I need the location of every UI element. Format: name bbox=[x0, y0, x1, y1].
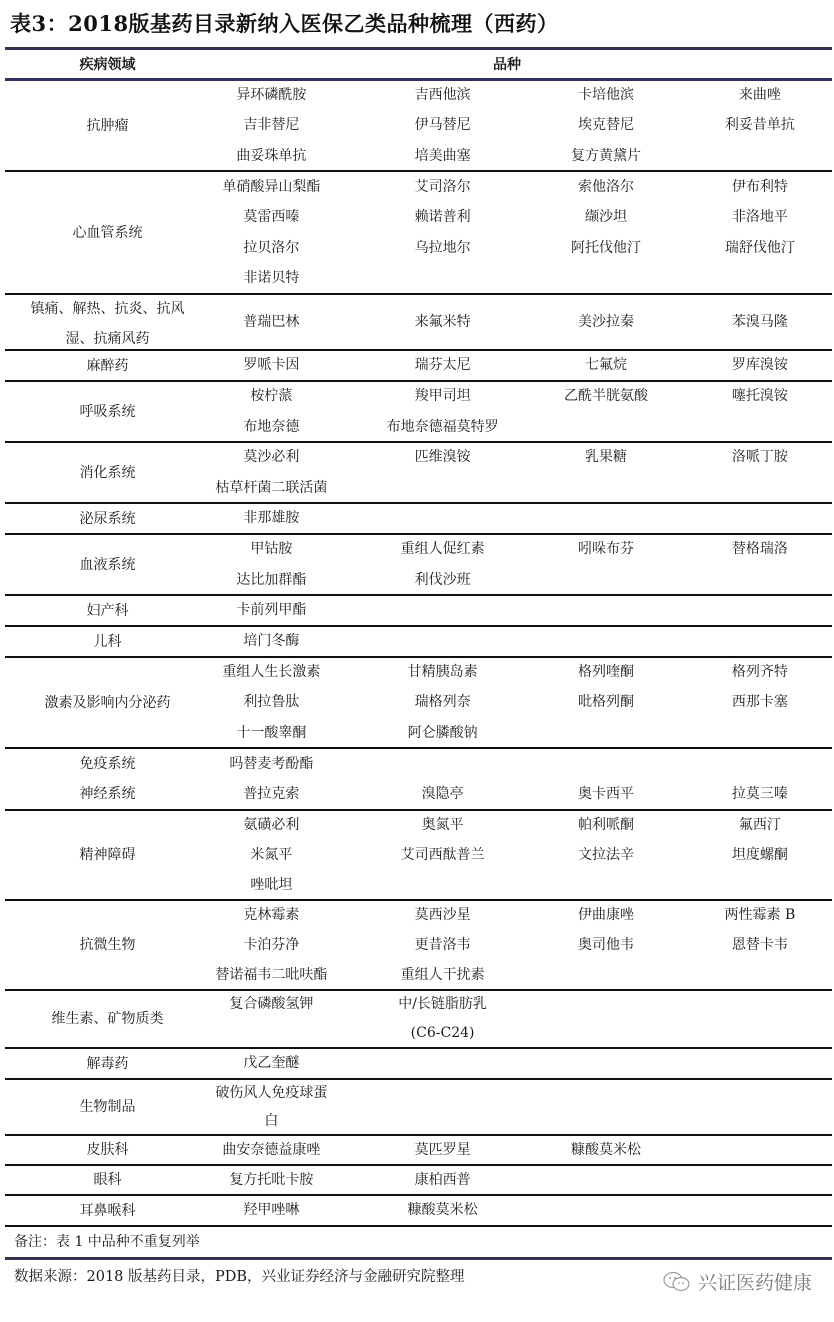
variety-cell bbox=[361, 870, 524, 900]
table-row: 解毒药戊乙奎醚 bbox=[5, 1048, 832, 1079]
variety-cell: 拉莫三嗪 bbox=[688, 779, 832, 810]
variety-cell bbox=[524, 626, 687, 657]
varieties-grid: 莫沙必利匹维溴铵乳果糖洛哌丁胺枯草杆菌二联活菌 bbox=[182, 442, 832, 503]
variety-cell: 苯溴马隆 bbox=[688, 307, 832, 338]
variety-cell bbox=[688, 960, 832, 990]
variety-cell bbox=[361, 1048, 524, 1079]
variety-cell: 重组人生长激素 bbox=[182, 657, 361, 687]
variety-cell: 艾司洛尔 bbox=[361, 172, 524, 203]
varieties-grid: 氨磺必利奥氮平帕利哌酮氟西汀米氮平艾司西酞普兰文拉法辛坦度螺酮唑吡坦 bbox=[182, 810, 832, 900]
varieties-grid: 戊乙奎醚 bbox=[182, 1048, 832, 1079]
variety-cell bbox=[361, 1107, 524, 1135]
variety-cell: 罗哌卡因 bbox=[182, 350, 361, 381]
variety-cell: 伊曲康唑 bbox=[524, 900, 687, 930]
header-varieties: 品种 bbox=[182, 52, 832, 78]
variety-cell: 溴隐亭 bbox=[361, 779, 524, 810]
table-row: 精神障碍氨磺必利奥氮平帕利哌酮氟西汀米氮平艾司西酞普兰文拉法辛坦度螺酮唑吡坦 bbox=[5, 810, 832, 900]
variety-cell: 缬沙坦 bbox=[524, 202, 687, 233]
variety-cell bbox=[524, 870, 687, 900]
variety-cell: 曲妥珠单抗 bbox=[182, 141, 361, 171]
variety-cell bbox=[524, 1107, 687, 1135]
variety-cell bbox=[361, 595, 524, 626]
variety-cell: 克林霉素 bbox=[182, 900, 361, 930]
variety-cell bbox=[524, 1195, 687, 1226]
variety-cell: 唑吡坦 bbox=[182, 870, 361, 900]
variety-cell bbox=[524, 473, 687, 504]
table-row: 镇痛、解热、抗炎、抗风湿、抗痛风药普瑞巴林来氟米特美沙拉秦苯溴马隆 bbox=[5, 294, 832, 350]
variety-cell: 奥卡西平 bbox=[524, 779, 687, 810]
variety-cell bbox=[688, 1107, 832, 1135]
variety-cell: 艾司西酞普兰 bbox=[361, 840, 524, 870]
variety-cell: 中/长链脂肪乳 bbox=[361, 990, 524, 1019]
varieties-grid: 重组人生长激素甘精胰岛素格列喹酮格列齐特利拉鲁肽瑞格列奈吡格列酮西那卡塞十一酸睾… bbox=[182, 657, 832, 748]
variety-cell: 伊马替尼 bbox=[361, 110, 524, 140]
variety-cell bbox=[361, 503, 524, 534]
category-label: 呼吸系统 bbox=[80, 397, 136, 427]
data-source: 数据来源：2018 版基药目录，PDB，兴业证券经济与金融研究院整理 bbox=[14, 1265, 465, 1286]
variety-cell bbox=[524, 1079, 687, 1107]
variety-cell: 拉贝洛尔 bbox=[182, 233, 361, 264]
variety-cell: 噻托溴铵 bbox=[688, 381, 832, 412]
variety-cell: 埃克替尼 bbox=[524, 110, 687, 140]
variety-cell: 坦度螺酮 bbox=[688, 840, 832, 870]
category-cell: 抗肿瘤 bbox=[5, 80, 210, 171]
variety-cell: 普拉克索 bbox=[182, 779, 361, 810]
variety-cell bbox=[688, 263, 832, 294]
variety-cell: 赖诺普利 bbox=[361, 202, 524, 233]
variety-cell: 奥司他韦 bbox=[524, 930, 687, 960]
category-label: 消化系统 bbox=[80, 458, 136, 488]
variety-cell bbox=[524, 749, 687, 780]
category-label: 儿科 bbox=[94, 627, 122, 657]
variety-cell: 布地奈德 bbox=[182, 412, 361, 443]
variety-cell: 两性霉素 B bbox=[688, 900, 832, 930]
variety-cell bbox=[524, 595, 687, 626]
variety-cell: 甲钴胺 bbox=[182, 534, 361, 565]
variety-cell: 布地奈德福莫特罗 bbox=[361, 412, 524, 443]
variety-cell bbox=[524, 990, 687, 1019]
watermark: 兴证医药健康 bbox=[662, 1268, 812, 1295]
table-row: 消化系统莫沙必利匹维溴铵乳果糖洛哌丁胺枯草杆菌二联活菌 bbox=[5, 442, 832, 503]
variety-cell bbox=[524, 1019, 687, 1048]
variety-cell: 非诺贝特 bbox=[182, 263, 361, 294]
variety-cell bbox=[688, 1048, 832, 1079]
variety-cell bbox=[688, 473, 832, 504]
varieties-grid: 克林霉素莫西沙星伊曲康唑两性霉素 B卡泊芬净更昔洛韦奥司他韦恩替卡韦替诺福韦二吡… bbox=[182, 900, 832, 990]
variety-cell bbox=[688, 990, 832, 1019]
variety-cell bbox=[688, 870, 832, 900]
variety-cell bbox=[688, 1165, 832, 1195]
variety-cell: 卡泊芬净 bbox=[182, 930, 361, 960]
variety-cell: 枯草杆菌二联活菌 bbox=[182, 473, 361, 504]
variety-cell: 吉西他滨 bbox=[361, 80, 524, 110]
variety-cell bbox=[688, 1195, 832, 1226]
variety-cell: 桉柠蒎 bbox=[182, 381, 361, 412]
variety-cell bbox=[688, 1135, 832, 1165]
category-label-line: 免疫系统 bbox=[80, 749, 136, 779]
variety-cell bbox=[361, 749, 524, 780]
category-label: 抗微生物 bbox=[80, 930, 136, 960]
variety-cell: 康柏西普 bbox=[361, 1165, 524, 1195]
category-cell: 呼吸系统 bbox=[5, 381, 210, 442]
variety-cell bbox=[688, 565, 832, 596]
varieties-grid: 培门冬酶 bbox=[182, 626, 832, 657]
table-row: 维生素、矿物质类复合磷酸氢钾中/长链脂肪乳(C6-C24) bbox=[5, 990, 832, 1048]
category-label-line: 神经系统 bbox=[80, 779, 136, 809]
varieties-grid: 复合磷酸氢钾中/长链脂肪乳(C6-C24) bbox=[182, 990, 832, 1048]
variety-cell: 吉非替尼 bbox=[182, 110, 361, 140]
category-label: 激素及影响内分泌药 bbox=[45, 688, 171, 718]
variety-cell bbox=[524, 960, 687, 990]
category-cell: 皮肤科 bbox=[5, 1135, 210, 1165]
variety-cell bbox=[361, 626, 524, 657]
variety-cell: 羧甲司坦 bbox=[361, 381, 524, 412]
category-cell: 眼科 bbox=[5, 1165, 210, 1195]
category-cell: 生物制品 bbox=[5, 1079, 210, 1135]
variety-cell: 莫沙必利 bbox=[182, 442, 361, 473]
category-label: 麻醉药 bbox=[87, 351, 129, 381]
variety-cell: 达比加群酯 bbox=[182, 565, 361, 596]
variety-cell: 西那卡塞 bbox=[688, 687, 832, 717]
category-label: 皮肤科 bbox=[87, 1135, 129, 1165]
variety-cell: 重组人干扰素 bbox=[361, 960, 524, 990]
table-row: 呼吸系统桉柠蒎羧甲司坦乙酰半胱氨酸噻托溴铵布地奈德布地奈德福莫特罗 bbox=[5, 381, 832, 442]
table-row: 免疫系统神经系统吗替麦考酚酯普拉克索溴隐亭奥卡西平拉莫三嗪 bbox=[5, 748, 832, 810]
category-cell: 妇产科 bbox=[5, 595, 210, 626]
category-label: 泌尿系统 bbox=[80, 504, 136, 534]
variety-cell: 糠酸莫米松 bbox=[361, 1195, 524, 1226]
variety-cell: 莫匹罗星 bbox=[361, 1135, 524, 1165]
varieties-grid: 普瑞巴林来氟米特美沙拉秦苯溴马隆 bbox=[182, 307, 832, 338]
variety-cell: 乌拉地尔 bbox=[361, 233, 524, 264]
variety-cell bbox=[688, 595, 832, 626]
variety-cell: 氟西汀 bbox=[688, 810, 832, 840]
wechat-icon bbox=[662, 1270, 692, 1294]
varieties-grid: 甲钴胺重组人促红素吲哚布芬替格瑞洛达比加群酯利伐沙班 bbox=[182, 534, 832, 595]
category-cell: 抗微生物 bbox=[5, 900, 210, 990]
category-label: 抗肿瘤 bbox=[87, 111, 129, 141]
variety-cell: 普瑞巴林 bbox=[182, 307, 361, 338]
variety-cell bbox=[361, 263, 524, 294]
variety-cell: 奥氮平 bbox=[361, 810, 524, 840]
row-divider bbox=[5, 1225, 832, 1227]
category-label: 血液系统 bbox=[80, 550, 136, 580]
category-cell: 心血管系统 bbox=[5, 171, 210, 294]
header-category: 疾病领域 bbox=[5, 52, 210, 78]
category-label: 解毒药 bbox=[87, 1049, 129, 1079]
variety-cell: 吲哚布芬 bbox=[524, 534, 687, 565]
variety-cell: 莫西沙星 bbox=[361, 900, 524, 930]
footer-rule bbox=[5, 1257, 832, 1260]
variety-cell bbox=[688, 626, 832, 657]
variety-cell bbox=[524, 503, 687, 534]
variety-cell: 格列喹酮 bbox=[524, 657, 687, 687]
variety-cell: 阿托伐他汀 bbox=[524, 233, 687, 264]
variety-cell: 甘精胰岛素 bbox=[361, 657, 524, 687]
variety-cell: 瑞芬太尼 bbox=[361, 350, 524, 381]
category-cell: 耳鼻喉科 bbox=[5, 1195, 210, 1226]
variety-cell: 替格瑞洛 bbox=[688, 534, 832, 565]
variety-cell: 替诺福韦二吡呋酯 bbox=[182, 960, 361, 990]
variety-cell: 复方黄黛片 bbox=[524, 141, 687, 171]
varieties-grid: 复方托吡卡胺康柏西普 bbox=[182, 1165, 832, 1195]
category-label: 耳鼻喉科 bbox=[80, 1196, 136, 1226]
variety-cell bbox=[688, 1019, 832, 1048]
variety-cell: 糠酸莫米松 bbox=[524, 1135, 687, 1165]
table-row: 麻醉药罗哌卡因瑞芬太尼七氟烷罗库溴铵 bbox=[5, 350, 832, 381]
variety-cell bbox=[361, 1079, 524, 1107]
table-row: 泌尿系统非那雄胺 bbox=[5, 503, 832, 534]
header-top-rule bbox=[5, 47, 832, 50]
table-row: 皮肤科曲安奈德益康唑莫匹罗星糠酸莫米松 bbox=[5, 1135, 832, 1165]
category-cell: 维生素、矿物质类 bbox=[5, 990, 210, 1048]
category-cell: 激素及影响内分泌药 bbox=[5, 657, 210, 748]
category-cell: 血液系统 bbox=[5, 534, 210, 595]
variety-cell: 重组人促红素 bbox=[361, 534, 524, 565]
variety-cell: 恩替卡韦 bbox=[688, 930, 832, 960]
variety-cell: 吗替麦考酚酯 bbox=[182, 749, 361, 780]
variety-cell: 破伤风人免疫球蛋 bbox=[182, 1079, 361, 1107]
table-row: 眼科复方托吡卡胺康柏西普 bbox=[5, 1165, 832, 1195]
table-row: 抗微生物克林霉素莫西沙星伊曲康唑两性霉素 B卡泊芬净更昔洛韦奥司他韦恩替卡韦替诺… bbox=[5, 900, 832, 990]
varieties-grid: 羟甲唑啉糠酸莫米松 bbox=[182, 1195, 832, 1226]
category-cell: 免疫系统神经系统 bbox=[5, 748, 210, 810]
variety-cell: 文拉法辛 bbox=[524, 840, 687, 870]
variety-cell: 羟甲唑啉 bbox=[182, 1195, 361, 1226]
varieties-grid: 破伤风人免疫球蛋白 bbox=[182, 1079, 832, 1135]
variety-cell: 更昔洛韦 bbox=[361, 930, 524, 960]
variety-cell: 格列齐特 bbox=[688, 657, 832, 687]
table-row: 生物制品破伤风人免疫球蛋白 bbox=[5, 1079, 832, 1135]
category-cell: 镇痛、解热、抗炎、抗风湿、抗痛风药 bbox=[5, 294, 210, 350]
variety-cell: 罗库溴铵 bbox=[688, 350, 832, 381]
variety-cell: 吡格列酮 bbox=[524, 687, 687, 717]
variety-cell bbox=[688, 503, 832, 534]
variety-cell bbox=[688, 1079, 832, 1107]
variety-cell bbox=[688, 718, 832, 748]
category-cell: 精神障碍 bbox=[5, 810, 210, 900]
variety-cell: 乳果糖 bbox=[524, 442, 687, 473]
variety-cell: 米氮平 bbox=[182, 840, 361, 870]
table-row: 抗肿瘤异环磷酰胺吉西他滨卡培他滨来曲唑吉非替尼伊马替尼埃克替尼利妥昔单抗曲妥珠单… bbox=[5, 80, 832, 171]
variety-cell: 单硝酸异山梨酯 bbox=[182, 172, 361, 203]
varieties-grid: 单硝酸异山梨酯艾司洛尔索他洛尔伊布利特莫雷西嗪赖诺普利缬沙坦非洛地平拉贝洛尔乌拉… bbox=[182, 172, 832, 294]
variety-cell: 白 bbox=[182, 1107, 361, 1135]
variety-cell bbox=[182, 1019, 361, 1048]
variety-cell: 瑞舒伐他汀 bbox=[688, 233, 832, 264]
table-note: 备注：表 1 中品种不重复列举 bbox=[14, 1231, 200, 1251]
variety-cell: (C6-C24) bbox=[361, 1019, 524, 1048]
table-row: 妇产科卡前列甲酯 bbox=[5, 595, 832, 626]
category-label-line: 镇痛、解热、抗炎、抗风 bbox=[31, 294, 185, 324]
variety-cell: 戊乙奎醚 bbox=[182, 1048, 361, 1079]
variety-cell: 曲安奈德益康唑 bbox=[182, 1135, 361, 1165]
variety-cell: 乙酰半胱氨酸 bbox=[524, 381, 687, 412]
variety-cell: 索他洛尔 bbox=[524, 172, 687, 203]
variety-cell bbox=[524, 263, 687, 294]
varieties-grid: 曲安奈德益康唑莫匹罗星糠酸莫米松 bbox=[182, 1135, 832, 1165]
variety-cell bbox=[361, 473, 524, 504]
varieties-grid: 异环磷酰胺吉西他滨卡培他滨来曲唑吉非替尼伊马替尼埃克替尼利妥昔单抗曲妥珠单抗培美… bbox=[182, 80, 832, 171]
variety-cell: 匹维溴铵 bbox=[361, 442, 524, 473]
category-label: 妇产科 bbox=[87, 596, 129, 626]
variety-cell: 复合磷酸氢钾 bbox=[182, 990, 361, 1019]
variety-cell: 复方托吡卡胺 bbox=[182, 1165, 361, 1195]
variety-cell bbox=[688, 749, 832, 780]
variety-cell: 七氟烷 bbox=[524, 350, 687, 381]
variety-cell: 十一酸睾酮 bbox=[182, 718, 361, 748]
varieties-grid: 桉柠蒎羧甲司坦乙酰半胱氨酸噻托溴铵布地奈德布地奈德福莫特罗 bbox=[182, 381, 832, 442]
variety-cell bbox=[688, 412, 832, 443]
variety-cell bbox=[688, 141, 832, 171]
variety-cell bbox=[524, 1048, 687, 1079]
variety-cell: 培门冬酶 bbox=[182, 626, 361, 657]
varieties-grid: 罗哌卡因瑞芬太尼七氟烷罗库溴铵 bbox=[182, 350, 832, 381]
table-row: 血液系统甲钴胺重组人促红素吲哚布芬替格瑞洛达比加群酯利伐沙班 bbox=[5, 534, 832, 595]
variety-cell: 阿仑膦酸钠 bbox=[361, 718, 524, 748]
variety-cell: 美沙拉秦 bbox=[524, 307, 687, 338]
category-label: 心血管系统 bbox=[73, 218, 143, 248]
variety-cell bbox=[524, 718, 687, 748]
table-row: 耳鼻喉科羟甲唑啉糠酸莫米松 bbox=[5, 1195, 832, 1226]
variety-cell: 利妥昔单抗 bbox=[688, 110, 832, 140]
category-label: 精神障碍 bbox=[80, 840, 136, 870]
variety-cell: 培美曲塞 bbox=[361, 141, 524, 171]
variety-cell: 洛哌丁胺 bbox=[688, 442, 832, 473]
category-cell: 消化系统 bbox=[5, 442, 210, 503]
varieties-grid: 非那雄胺 bbox=[182, 503, 832, 534]
variety-cell: 利拉鲁肽 bbox=[182, 687, 361, 717]
table-row: 心血管系统单硝酸异山梨酯艾司洛尔索他洛尔伊布利特莫雷西嗪赖诺普利缬沙坦非洛地平拉… bbox=[5, 171, 832, 294]
variety-cell: 非那雄胺 bbox=[182, 503, 361, 534]
table-row: 激素及影响内分泌药重组人生长激素甘精胰岛素格列喹酮格列齐特利拉鲁肽瑞格列奈吡格列… bbox=[5, 657, 832, 748]
variety-cell: 伊布利特 bbox=[688, 172, 832, 203]
variety-cell: 利伐沙班 bbox=[361, 565, 524, 596]
table-title: 表3：2018版基药目录新纳入医保乙类品种梳理（西药） bbox=[10, 8, 559, 38]
category-label: 眼科 bbox=[94, 1165, 122, 1195]
varieties-grid: 吗替麦考酚酯普拉克索溴隐亭奥卡西平拉莫三嗪 bbox=[182, 749, 832, 810]
variety-cell: 帕利哌酮 bbox=[524, 810, 687, 840]
variety-cell: 莫雷西嗪 bbox=[182, 202, 361, 233]
category-label: 生物制品 bbox=[80, 1092, 136, 1122]
table-row: 儿科培门冬酶 bbox=[5, 626, 832, 657]
variety-cell: 异环磷酰胺 bbox=[182, 80, 361, 110]
variety-cell: 卡前列甲酯 bbox=[182, 595, 361, 626]
variety-cell: 瑞格列奈 bbox=[361, 687, 524, 717]
category-cell: 麻醉药 bbox=[5, 350, 210, 381]
variety-cell bbox=[524, 412, 687, 443]
variety-cell bbox=[524, 565, 687, 596]
varieties-grid: 卡前列甲酯 bbox=[182, 595, 832, 626]
variety-cell: 来氟米特 bbox=[361, 307, 524, 338]
variety-cell: 来曲唑 bbox=[688, 80, 832, 110]
category-cell: 泌尿系统 bbox=[5, 503, 210, 534]
watermark-text: 兴证医药健康 bbox=[698, 1268, 812, 1295]
category-cell: 解毒药 bbox=[5, 1048, 210, 1079]
category-cell: 儿科 bbox=[5, 626, 210, 657]
category-label: 维生素、矿物质类 bbox=[52, 1004, 164, 1034]
variety-cell: 氨磺必利 bbox=[182, 810, 361, 840]
variety-cell: 非洛地平 bbox=[688, 202, 832, 233]
variety-cell bbox=[524, 1165, 687, 1195]
variety-cell: 卡培他滨 bbox=[524, 80, 687, 110]
